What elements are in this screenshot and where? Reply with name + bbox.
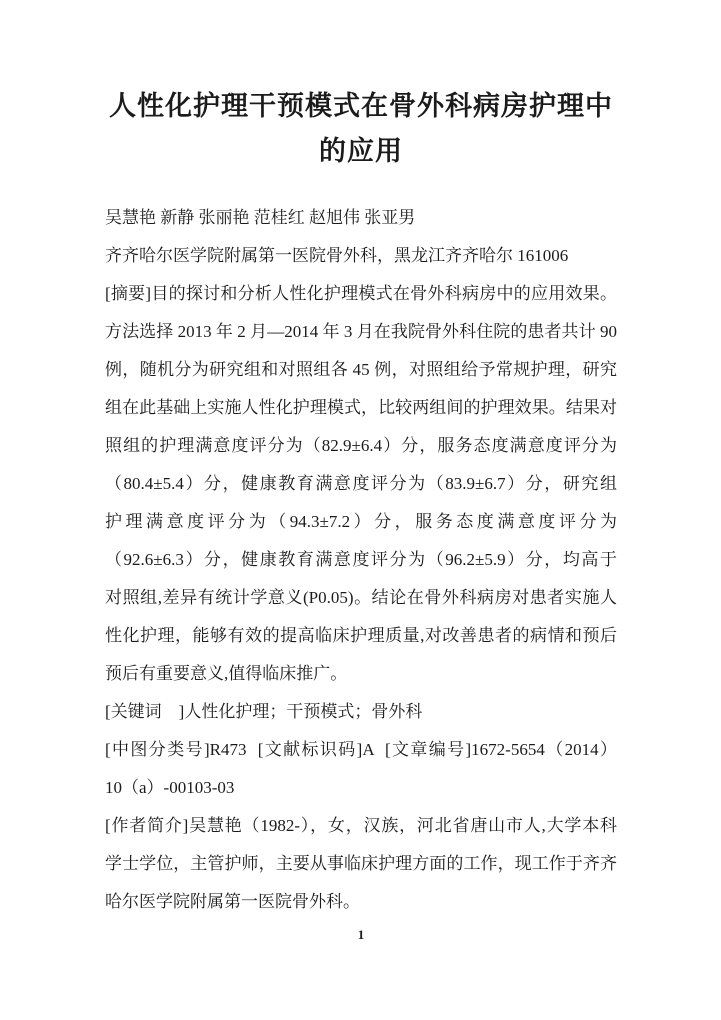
abstract-paragraph-line: 方法选择 2013 年 2 月—2014 年 3 月在我院骨外科住院的患者共计 … (105, 313, 617, 351)
abstract-paragraph-line: （92.6±6.3）分，健康教育满意度评分为（96.2±5.9）分，均高于 (105, 541, 617, 579)
classification-paragraph-line: [中图分类号]R473 [文献标识码]A [文章编号]1672-5654（201… (105, 731, 617, 769)
author-bio-paragraph-line: 哈尔医学院附属第一医院骨外科。 (105, 883, 617, 921)
paper-title: 人性化护理干预模式在骨外科病房护理中的应用 (105, 0, 617, 174)
paper-title-line: 的应用 (105, 129, 617, 174)
abstract-paragraph-line: [摘要]目的探讨和分析人性化护理模式在骨外科病房中的应用效果。 (105, 275, 617, 313)
affiliation-line: 齐齐哈尔医学院附属第一医院骨外科，黑龙江齐齐哈尔 161006 (105, 237, 617, 275)
page-content: 人性化护理干预模式在骨外科病房护理中的应用 吴慧艳 新静 张丽艳 范桂红 赵旭伟… (105, 0, 617, 949)
author-bio-paragraph-line: 学士学位，主管护师，主要从事临床护理方面的工作，现工作于齐齐 (105, 845, 617, 883)
abstract-paragraph-line: 护理满意度评分为（94.3±7.2）分，服务态度满意度评分为 (105, 503, 617, 541)
author-bio-paragraph-line: [作者简介]吴慧艳（1982-），女，汉族，河北省唐山市人,大学本科 (105, 807, 617, 845)
paper-title-line: 人性化护理干预模式在骨外科病房护理中 (105, 84, 617, 129)
abstract-paragraph-line: 对照组,差异有统计学意义(P0.05)。结论在骨外科病房对患者实施人 (105, 579, 617, 617)
page-number: 1 (105, 921, 617, 949)
abstract-paragraph-line: 例，随机分为研究组和对照组各 45 例，对照组给予常规护理，研究 (105, 351, 617, 389)
abstract-paragraph-line: （80.4±5.4）分，健康教育满意度评分为（83.9±6.7）分，研究组 (105, 465, 617, 503)
keywords-line: [关键词 ]人性化护理；干预模式；骨外科 (105, 693, 617, 731)
classification-paragraph-line: 10（a）-00103-03 (105, 769, 617, 807)
body-text: 吴慧艳 新静 张丽艳 范桂红 赵旭伟 张亚男 齐齐哈尔医学院附属第一医院骨外科，… (105, 199, 617, 921)
abstract-paragraph-line: 照组的护理满意度评分为（82.9±6.4）分，服务态度满意度评分为 (105, 427, 617, 465)
author-bio-paragraph: [作者简介]吴慧艳（1982-），女，汉族，河北省唐山市人,大学本科学士学位，主… (105, 807, 617, 921)
document-page: 人性化护理干预模式在骨外科病房护理中的应用 吴慧艳 新静 张丽艳 范桂红 赵旭伟… (0, 0, 721, 1020)
authors-line: 吴慧艳 新静 张丽艳 范桂红 赵旭伟 张亚男 (105, 199, 617, 237)
abstract-paragraph: [摘要]目的探讨和分析人性化护理模式在骨外科病房中的应用效果。方法选择 2013… (105, 275, 617, 693)
abstract-paragraph-line: 组在此基础上实施人性化护理模式，比较两组间的护理效果。结果对 (105, 389, 617, 427)
abstract-paragraph-line: 预后有重要意义,值得临床推广。 (105, 655, 617, 693)
abstract-paragraph-line: 性化护理，能够有效的提高临床护理质量,对改善患者的病情和预后 (105, 617, 617, 655)
classification-paragraph: [中图分类号]R473 [文献标识码]A [文章编号]1672-5654（201… (105, 731, 617, 807)
